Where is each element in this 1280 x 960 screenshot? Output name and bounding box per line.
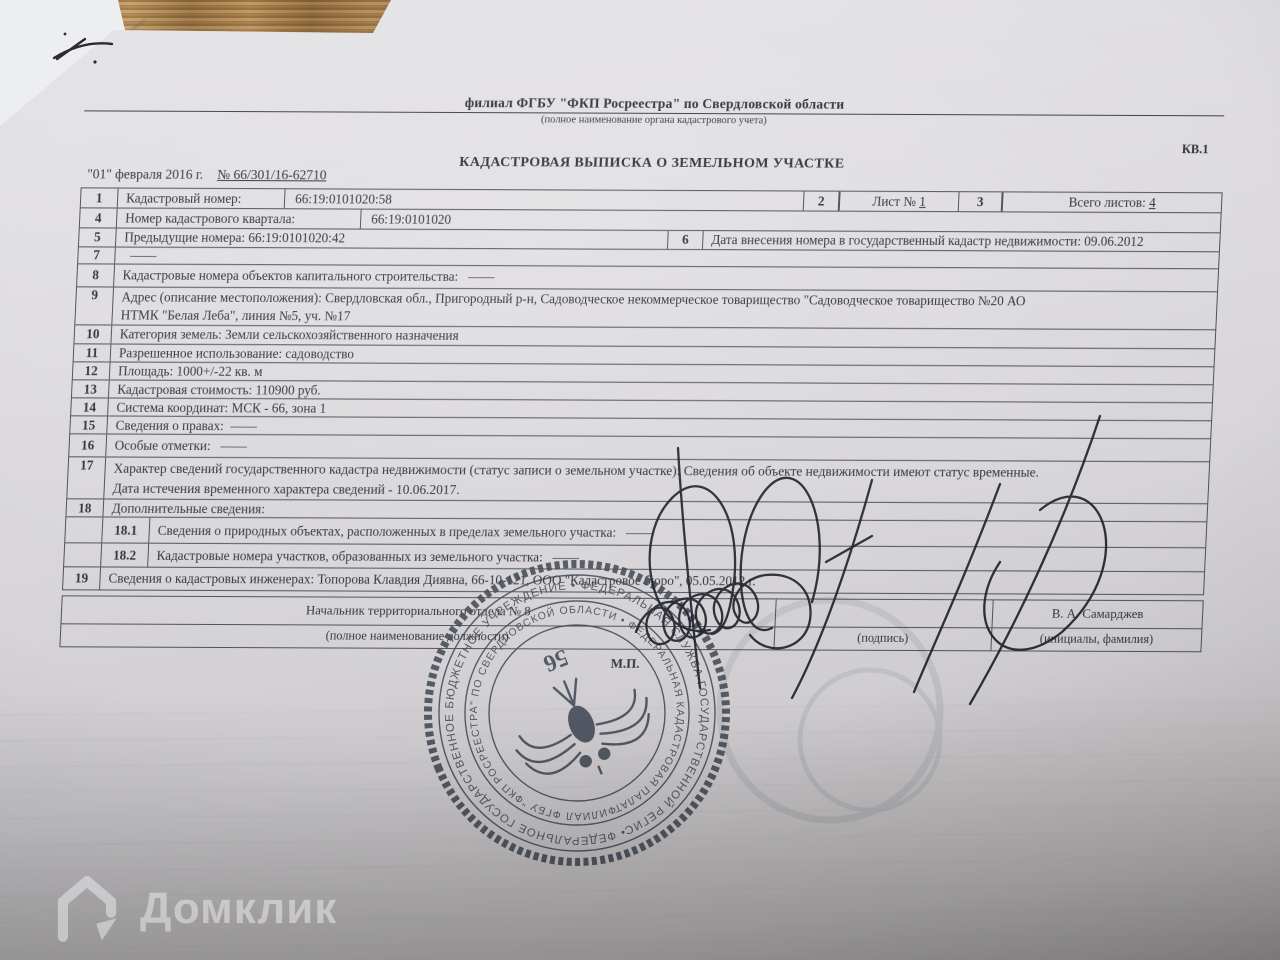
- row-number: 9: [75, 287, 114, 324]
- row-text: Адрес (описание местоположения): Свердло…: [112, 288, 1217, 330]
- row-label: Номер кадастрового квартала:: [117, 209, 362, 229]
- row-number: 6: [667, 231, 704, 249]
- total-sheets: Всего листов: 4: [1002, 192, 1222, 212]
- row-number: 8: [77, 264, 115, 286]
- pen-mark-icon: [38, 26, 138, 76]
- photographed-document: { "header": { "org_name": "филиал ФГБУ \…: [0, 0, 1280, 960]
- row-number: 18: [66, 499, 104, 516]
- issue-date: "01" февраля 2016 г.: [87, 166, 204, 182]
- row-number: 7: [78, 247, 116, 263]
- row-value: 66:19:0101020:58: [284, 189, 804, 210]
- row-text: Дата внесения номера в государственный к…: [703, 231, 1220, 251]
- document-number: № 66/301/16-62710: [217, 167, 327, 182]
- row-number: 12: [73, 362, 111, 379]
- row-number: 10: [74, 325, 112, 343]
- row-number: 3: [958, 192, 1003, 211]
- row-number: 11: [74, 344, 112, 361]
- sheet-number: Лист № 1: [839, 192, 959, 212]
- row-number: 17: [67, 457, 106, 498]
- domklik-wordmark: Домклик: [140, 884, 337, 934]
- row-value: 66:19:0101020: [361, 210, 1221, 233]
- row-number: 19: [63, 567, 101, 589]
- signature-ink: [560, 380, 1200, 730]
- row-number: 1: [81, 188, 119, 207]
- table-row: 9 Адрес (описание местоположения): Сверд…: [75, 286, 1217, 329]
- row-number: 18.1: [102, 517, 150, 542]
- row-number: 2: [803, 192, 840, 211]
- row-number: 18.2: [101, 543, 149, 566]
- domklik-watermark: Домклик: [50, 870, 337, 948]
- form-code: КВ.1: [1181, 142, 1208, 157]
- row-indent: [65, 517, 103, 542]
- row-number: 15: [70, 416, 108, 433]
- row-number: 13: [72, 380, 110, 397]
- domklik-house-icon: [50, 870, 124, 948]
- date-line: "01" февраля 2016 г.№ 66/301/16-62710: [87, 166, 327, 183]
- row-number: 4: [80, 208, 118, 227]
- row-number: 14: [71, 398, 109, 415]
- row-number: 5: [79, 228, 117, 246]
- row-label: Кадастровый номер:: [118, 189, 285, 209]
- row-indent: [64, 543, 102, 566]
- row-text: Предыдущие номера: 66:19:0101020:42: [116, 229, 668, 249]
- row-number: 16: [69, 434, 107, 456]
